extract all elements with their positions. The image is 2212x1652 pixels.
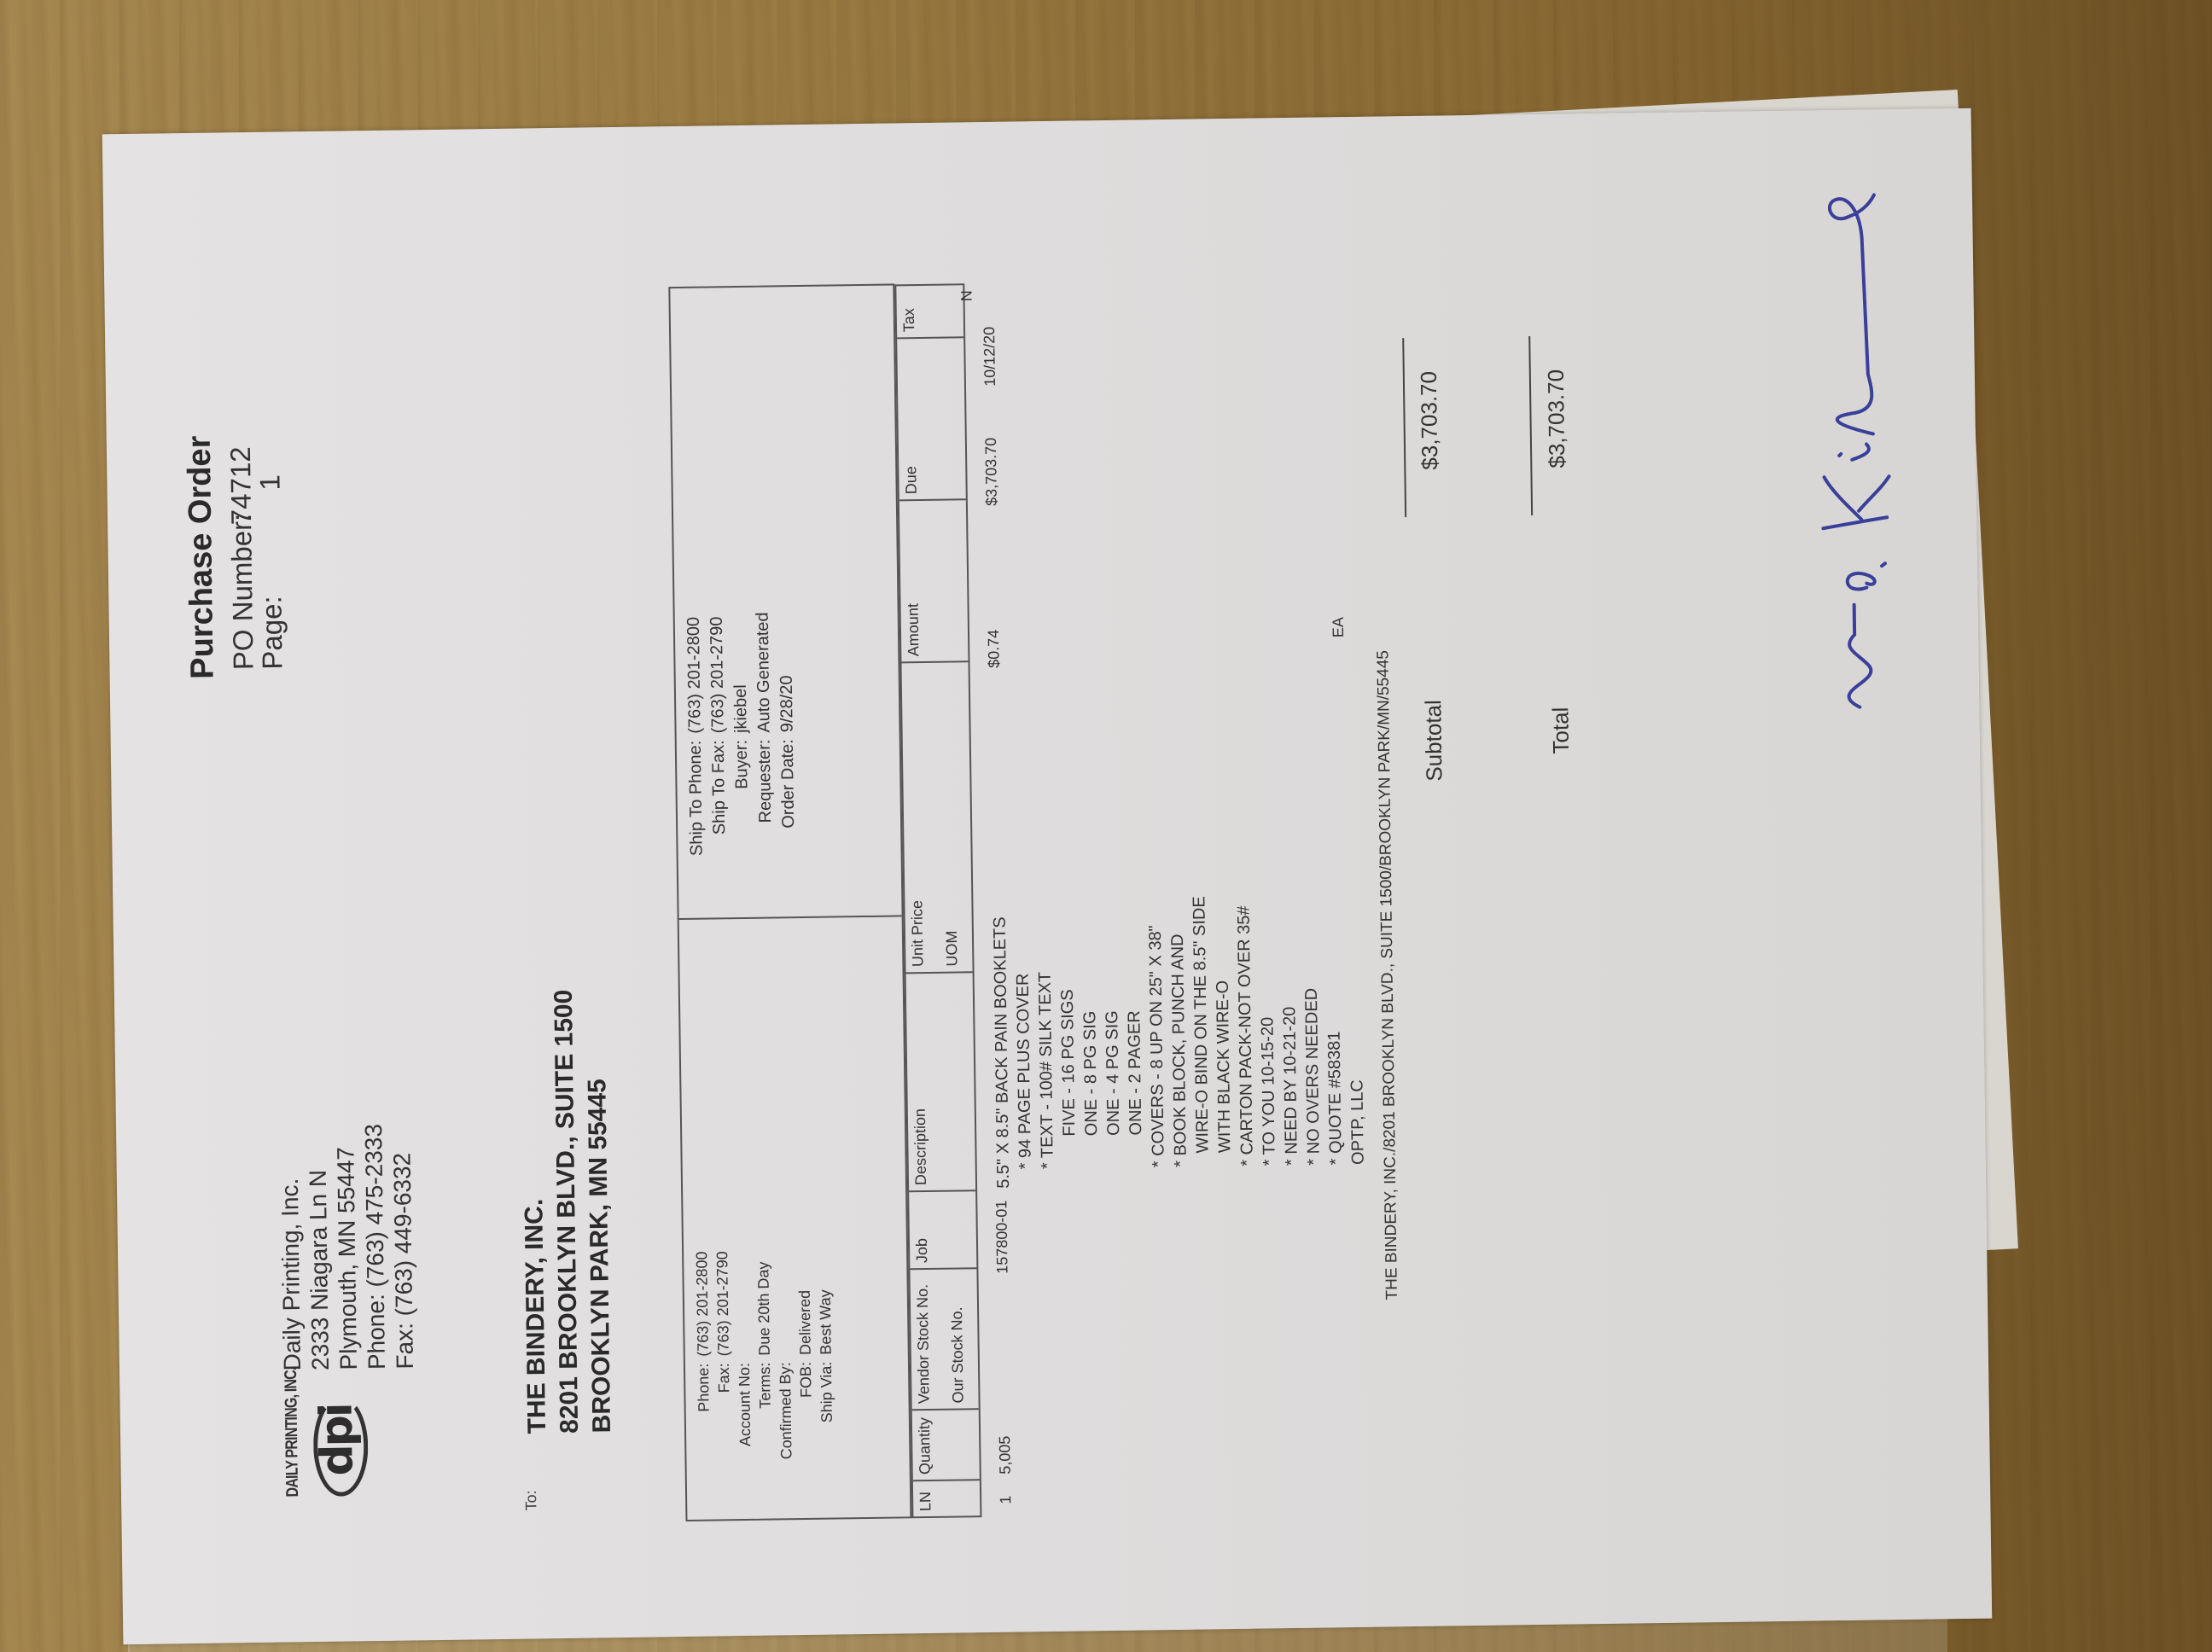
col-due: Due [897,338,966,501]
subtotal-rule [1402,338,1406,517]
description-line: 5.5" X 8.5" BACK PAIN BOOKLETS [988,899,1015,1189]
col-stock: Vendor Stock No.Our Stock No. [910,1269,978,1411]
description-line: WIRE-O BIND ON THE 8.5" SIDE [1188,896,1214,1186]
description-line: * CARTON PACK-NOT OVER 35# [1232,895,1259,1185]
ship-to-line: THE BINDERY, INC./8201 BROOKLYN BLVD., S… [1374,650,1402,1300]
cell-unit-price: $0.74 [985,630,1004,668]
cell-job: 157800-01 [992,1201,1011,1274]
purchase-order-page: DAILY PRINTING, INC. dpi Daily Printing,… [102,108,1992,1644]
col-ln: LN [913,1480,981,1516]
col-tax: Tax [896,282,963,339]
company-logo-icon: dpi [306,1393,375,1497]
col-quantity: Quantity [912,1410,980,1481]
total-value: $3,703.70 [1543,369,1571,468]
description-line: OPTP, LLC [1343,894,1370,1184]
total-rule [1528,336,1533,515]
to-label: To: [522,1490,540,1510]
col-job: Job [909,1191,976,1270]
po-meta: PO Number:74712 Page:1 [226,446,288,671]
cell-ln: 1 [997,1496,1015,1504]
subtotal-value: $3,703.70 [1416,371,1444,470]
vendor-address: Daily Printing, Inc. 2333 Niagara Ln N P… [275,1123,419,1370]
signature-icon [1802,186,1903,716]
col-amount: Amount [899,500,969,663]
logo-wordmark: DAILY PRINTING, INC. [282,1367,303,1497]
cell-amount: $3,703.70 [982,438,1001,506]
col-description: Description [906,973,976,1192]
total-label: Total [1547,707,1575,753]
cell-description: 5.5" X 8.5" BACK PAIN BOOKLETS* 94 PAGE … [988,894,1370,1189]
cell-tax: N [958,290,975,301]
po-number: 74712 [226,446,256,525]
cell-due: 10/12/20 [981,327,999,387]
document-title: Purchase Order [182,435,222,679]
subtotal-label: Subtotal [1420,700,1447,782]
cell-quantity: 5,005 [996,1436,1015,1475]
col-unit-price: Unit PriceUOM [901,662,972,974]
to-address: THE BINDERY, INC. 8201 BROOKLYN BLVD., S… [515,989,619,1434]
cell-uom: EA [1330,617,1348,637]
vendor-info: Phone:(763) 201-2800 Fax:(763) 201-2790 … [691,1249,838,1491]
ship-to-info: Ship To Phone:(763) 201-2800 Ship To Fax… [683,612,802,903]
page-number: 1 [255,474,285,525]
